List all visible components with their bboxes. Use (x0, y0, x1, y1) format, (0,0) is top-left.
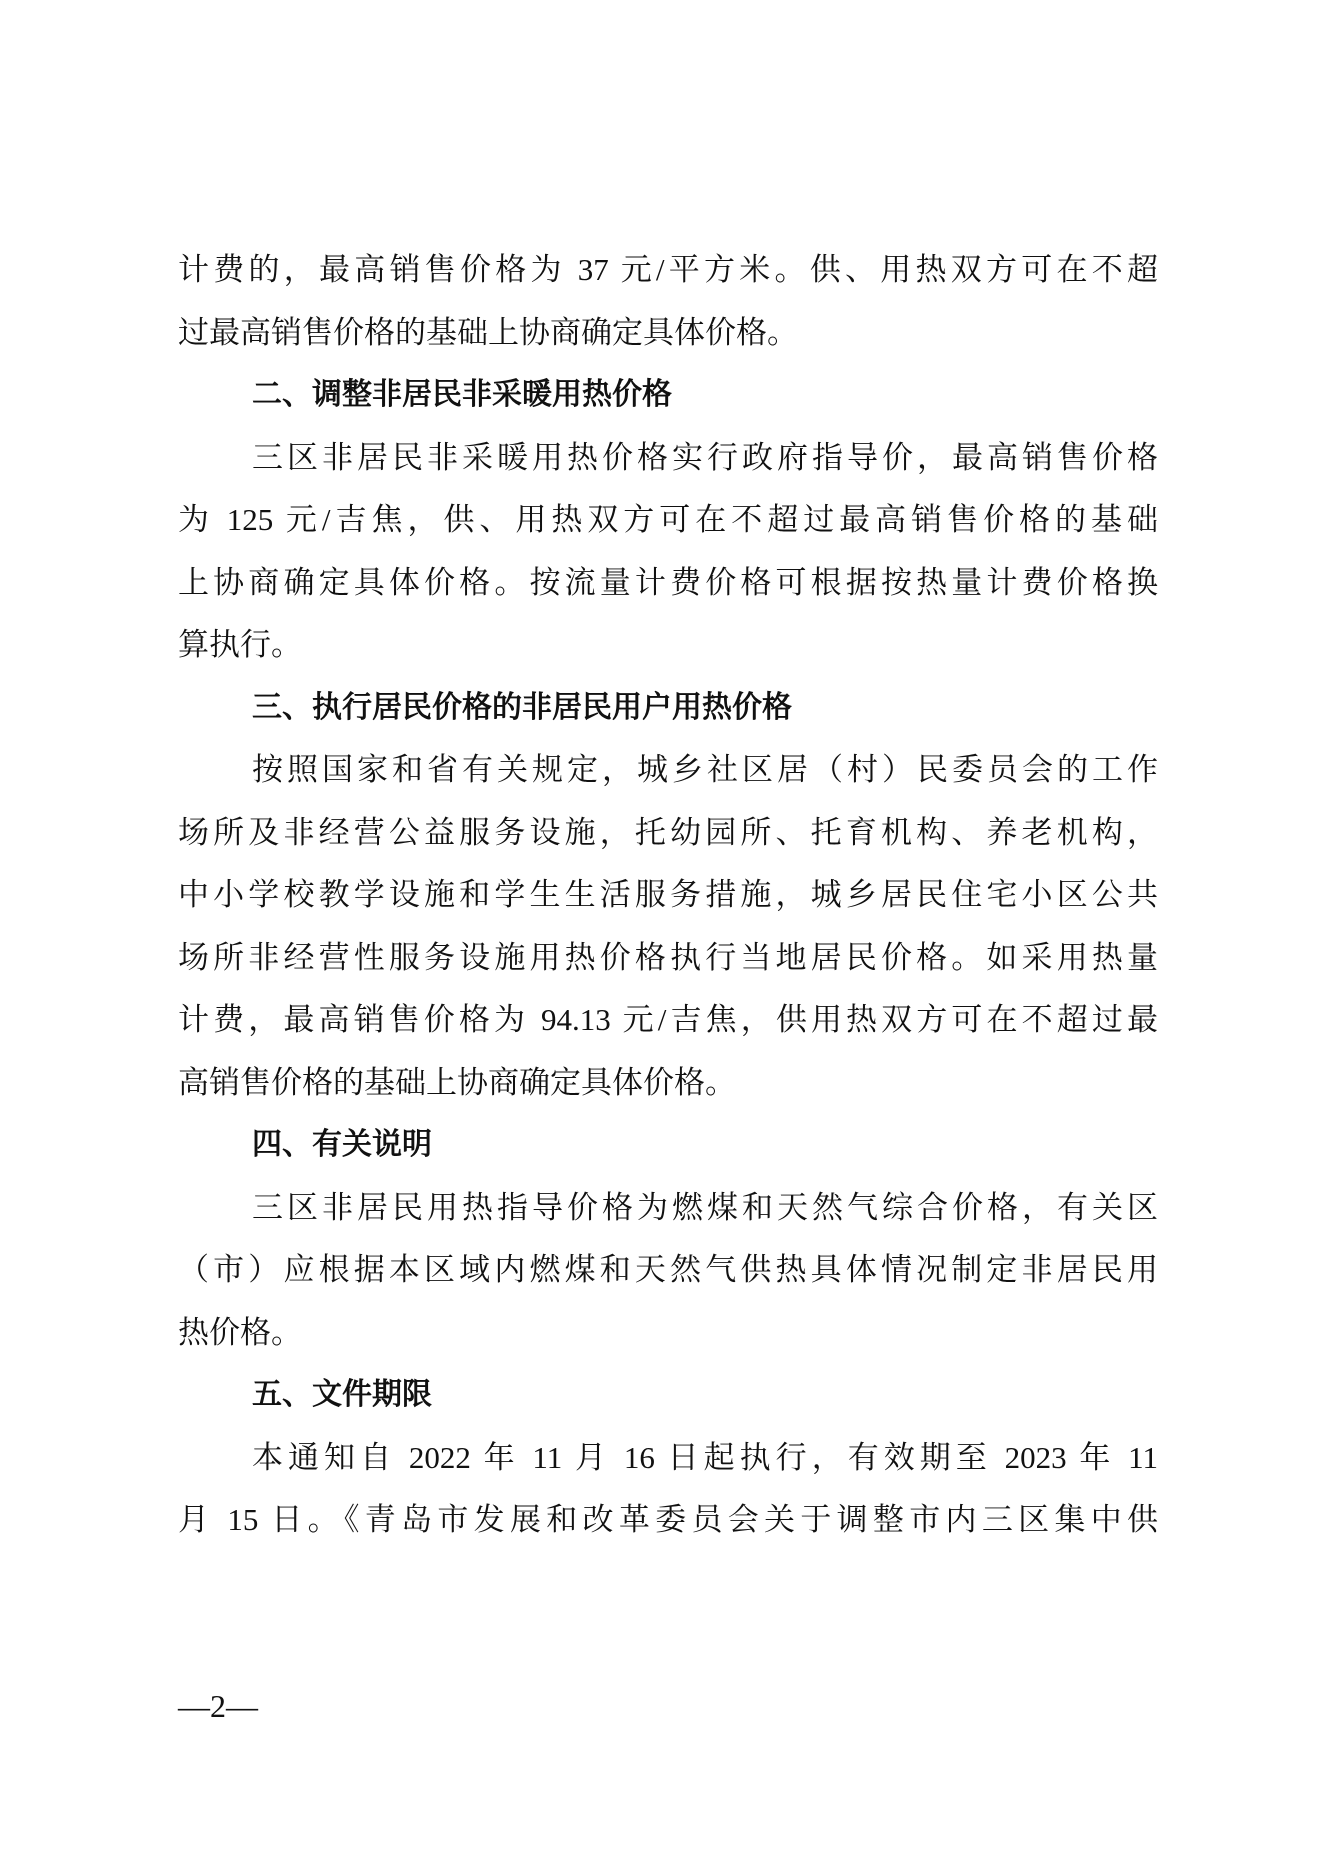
section-heading-3: 三、执行居民价格的非居民用户用热价格 (178, 677, 1158, 740)
body-line: 月 15 日。《青岛市发展和改革委员会关于调整市内三区集中供 (178, 1489, 1158, 1552)
section-heading-5: 五、文件期限 (178, 1364, 1158, 1427)
section-heading-2: 二、调整非居民非采暖用热价格 (178, 364, 1158, 427)
body-line: 上协商确定具体价格。按流量计费价格可根据按热量计费价格换 (178, 552, 1158, 615)
body-line: 场所及非经营公益服务设施，托幼园所、托育机构、养老机构， (178, 802, 1158, 865)
body-line: 三区非居民用热指导价格为燃煤和天然气综合价格，有关区 (178, 1177, 1158, 1240)
section-heading-4: 四、有关说明 (178, 1114, 1158, 1177)
document-body: 计费的，最高销售价格为 37 元/平方米。供、用热双方可在不超 过最高销售价格的… (178, 239, 1158, 1552)
body-line: 中小学校教学设施和学生生活服务措施，城乡居民住宅小区公共 (178, 864, 1158, 927)
body-line: 热价格。 (178, 1302, 1158, 1365)
body-line: 高销售价格的基础上协商确定具体价格。 (178, 1052, 1158, 1115)
body-line: 本通知自 2022 年 11 月 16 日起执行，有效期至 2023 年 11 (178, 1427, 1158, 1490)
body-line: 计费的，最高销售价格为 37 元/平方米。供、用热双方可在不超 (178, 239, 1158, 302)
page-number: —2— (178, 1686, 258, 1726)
body-line: 场所非经营性服务设施用热价格执行当地居民价格。如采用热量 (178, 927, 1158, 990)
body-line: 计费，最高销售价格为 94.13 元/吉焦，供用热双方可在不超过最 (178, 989, 1158, 1052)
body-line: 过最高销售价格的基础上协商确定具体价格。 (178, 302, 1158, 365)
body-line: 三区非居民非采暖用热价格实行政府指导价，最高销售价格 (178, 427, 1158, 490)
body-line: 算执行。 (178, 614, 1158, 677)
body-line: 为 125 元/吉焦，供、用热双方可在不超过最高销售价格的基础 (178, 489, 1158, 552)
body-line: 按照国家和省有关规定，城乡社区居（村）民委员会的工作 (178, 739, 1158, 802)
body-line: （市）应根据本区域内燃煤和天然气供热具体情况制定非居民用 (178, 1239, 1158, 1302)
